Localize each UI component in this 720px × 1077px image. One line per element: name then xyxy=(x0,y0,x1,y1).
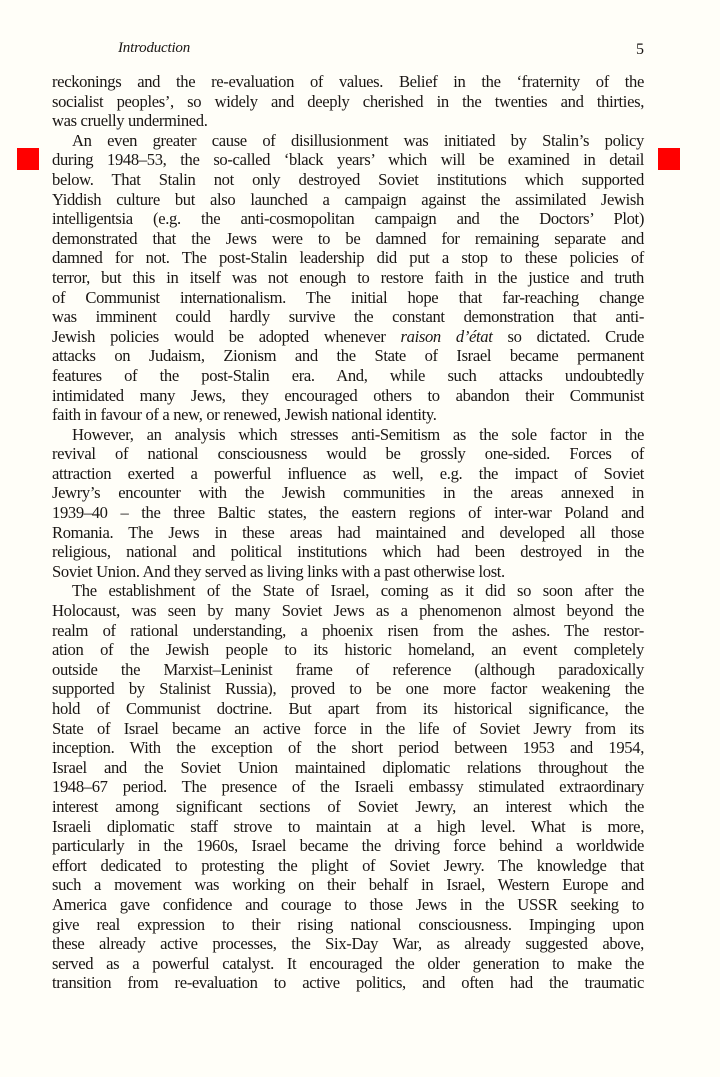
text-line: particularly in the 1960s, Israel became… xyxy=(52,836,644,856)
text-line: religious, national and political instit… xyxy=(52,542,644,562)
text-line: socialist peoples’, so widely and deeply… xyxy=(52,92,644,112)
book-page: Introduction 5 reckonings and the re-eva… xyxy=(0,0,720,1077)
text-line: damned for not. The post-Stalin leadersh… xyxy=(52,248,644,268)
text-line: The establishment of the State of Israel… xyxy=(52,581,644,601)
text-line: these already active processes, the Six-… xyxy=(52,934,644,954)
text-line: Israeli diplomatic staff strove to maint… xyxy=(52,817,644,837)
running-title: Introduction xyxy=(118,40,190,57)
text-line: America gave confidence and courage to t… xyxy=(52,895,644,915)
text-line: effort dedicated to protesting the pligh… xyxy=(52,856,644,876)
text-line: Yiddish culture but also launched a camp… xyxy=(52,190,644,210)
text-line: However, an analysis which stresses anti… xyxy=(52,425,644,445)
text-line: intelligentsia (e.g. the anti-cosmopolit… xyxy=(52,209,644,229)
red-square-marker-right xyxy=(658,148,680,170)
text-line: ation of the Jewish people to its histor… xyxy=(52,640,644,660)
text-line: State of Israel became an active force i… xyxy=(52,719,644,739)
text-line: Holocaust, was seen by many Soviet Jews … xyxy=(52,601,644,621)
text-line: below. That Stalin not only destroyed So… xyxy=(52,170,644,190)
text-line: was imminent could hardly survive the co… xyxy=(52,307,644,327)
text-line: An even greater cause of disillusionment… xyxy=(52,131,644,151)
text-line: transition from re-evaluation to active … xyxy=(52,973,644,993)
text-line: features of the post-Stalin era. And, wh… xyxy=(52,366,644,386)
text-line: terror, but this in itself was not enoug… xyxy=(52,268,644,288)
running-head: Introduction 5 xyxy=(52,40,644,64)
text-line: Soviet Union. And they served as living … xyxy=(52,562,644,582)
text-line: interest among significant sections of S… xyxy=(52,797,644,817)
page-number: 5 xyxy=(636,41,644,59)
text-segment: so dictated. Crude xyxy=(493,327,644,346)
text-line: Israel and the Soviet Union maintained d… xyxy=(52,758,644,778)
text-line: attacks on Judaism, Zionism and the Stat… xyxy=(52,346,644,366)
text-line: supported by Stalinist Russia), proved t… xyxy=(52,679,644,699)
text-line: during 1948–53, the so-called ‘black yea… xyxy=(52,150,644,170)
text-line: attraction exerted a powerful influence … xyxy=(52,464,644,484)
text-line: such a movement was working on their beh… xyxy=(52,875,644,895)
red-square-marker-left xyxy=(17,148,39,170)
text-line: was cruelly undermined. xyxy=(52,111,644,131)
text-line: revival of national consciousness would … xyxy=(52,444,644,464)
text-line: 1939–40 – the three Baltic states, the e… xyxy=(52,503,644,523)
text-line-with-italic: Jewish policies would be adopted wheneve… xyxy=(52,327,644,347)
text-line: Romania. The Jews in these areas had mai… xyxy=(52,523,644,543)
italic-phrase: raison d’état xyxy=(401,327,493,346)
text-line: inception. With the exception of the sho… xyxy=(52,738,644,758)
text-line: give real expression to their rising nat… xyxy=(52,915,644,935)
text-line: of Communist internationalism. The initi… xyxy=(52,288,644,308)
text-line: 1948–67 period. The presence of the Isra… xyxy=(52,777,644,797)
text-line: outside the Marxist–Leninist frame of re… xyxy=(52,660,644,680)
text-line: realm of rational understanding, a phoen… xyxy=(52,621,644,641)
text-line: intimidated many Jews, they encouraged o… xyxy=(52,386,644,406)
text-line: faith in favour of a new, or renewed, Je… xyxy=(52,405,644,425)
text-line: demonstrated that the Jews were to be da… xyxy=(52,229,644,249)
text-line: reckonings and the re-evaluation of valu… xyxy=(52,72,644,92)
text-line: hold of Communist doctrine. But apart fr… xyxy=(52,699,644,719)
text-segment: Jewish policies would be adopted wheneve… xyxy=(52,327,401,346)
text-line: served as a powerful catalyst. It encour… xyxy=(52,954,644,974)
text-line: Jewry’s encounter with the Jewish commun… xyxy=(52,483,644,503)
body-text: reckonings and the re-evaluation of valu… xyxy=(52,72,644,993)
